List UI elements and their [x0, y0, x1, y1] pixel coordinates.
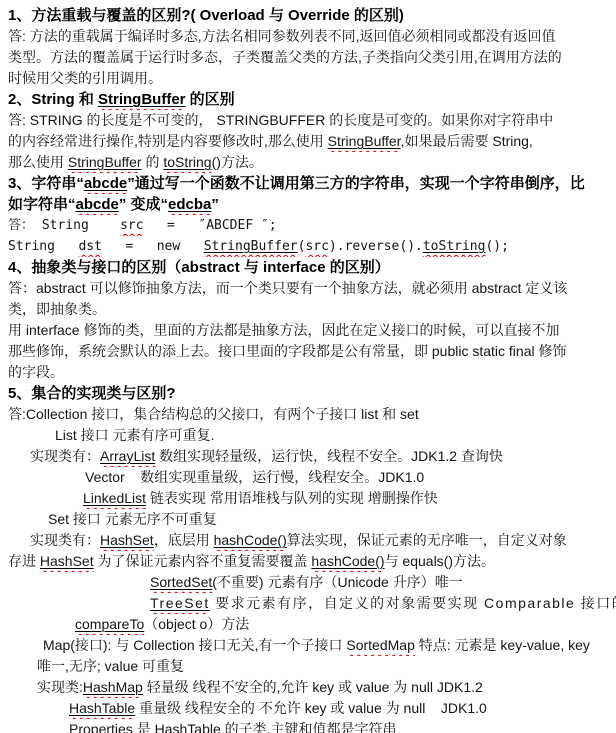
text-line: LinkedList 链表实现 常用语堆栈与队列的实现 增删操作快	[0, 488, 616, 509]
underlined-term: ArrayList	[100, 448, 155, 464]
underlined-term: LinkedList	[83, 490, 146, 506]
underlined-term: HashTable	[69, 700, 135, 716]
text-segment: 要求元素有序，自定义的对象需要实现 Comparable 接口的	[210, 595, 616, 611]
text-segment: 实现类:	[37, 679, 83, 695]
text-segment: ();	[485, 239, 508, 254]
spellcheck-wavy: HashSet	[40, 553, 94, 569]
underlined-term: src	[305, 239, 328, 254]
text-segment: 重量级 线程安全的 不允许 key 或 value 为 null JDK1.0	[135, 700, 487, 716]
spellcheck-wavy: LinkedList	[83, 490, 146, 506]
underlined-term: toString	[163, 154, 211, 170]
underlined-term: StringBuffer	[98, 91, 186, 108]
text-segment: 存进	[8, 553, 40, 569]
underlined-term: compareTo	[75, 616, 144, 632]
text-line: 那么使用 StringBuffer 的 toString()方法。	[0, 152, 616, 173]
text-segment: 答：abstract 可以修饰抽象方法，而一个类只要有一个抽象方法，就必须用 a…	[8, 280, 567, 296]
text-line: 那些修饰，系统会默认的添上去。接口里面的字段都是公有常量，即 public st…	[0, 341, 616, 362]
spellcheck-wavy: StringBuffer	[98, 91, 186, 108]
text-segment: 1、方法重载与覆盖的区别?( Overload 与 Override 的区别)	[8, 7, 404, 24]
text-segment: String	[8, 239, 78, 254]
text-segment: 答： String	[8, 218, 120, 233]
text-segment: 答: 方法的重载属于编译时多态,方法名相同参数列表不同,返回值必须相同或都没有返…	[8, 28, 556, 44]
underlined-term: src	[120, 218, 143, 233]
text-segment: ).reverse().	[329, 239, 423, 254]
text-segment: 答: STRING 的长度是不可变的， STRINGBUFFER 的长度是可变的…	[8, 112, 553, 128]
text-line: Properties 是 HashTable 的子类,主键和值都是字符串	[0, 719, 616, 733]
underlined-term: StringBuffer	[328, 133, 401, 149]
text-segment: 的字段。	[8, 364, 64, 380]
underlined-term: toString	[423, 239, 486, 254]
text-segment: ” 变成“	[119, 196, 168, 213]
text-segment: List 接口 元素有序可重复.	[55, 427, 214, 443]
underlined-term: dst	[78, 239, 101, 254]
spellcheck-wavy: HashTable	[155, 721, 221, 733]
underlined-term: StringBuffer	[68, 154, 142, 170]
text-segment: 链表实现 常用语堆栈与队列的实现 增删操作快	[146, 490, 438, 506]
text-line: 答：abstract 可以修饰抽象方法，而一个类只要有一个抽象方法，就必须用 a…	[0, 278, 616, 299]
underlined-term: hashCode()	[311, 553, 384, 569]
text-line: 答： String src = ″ABCDEF ″;	[0, 215, 616, 236]
text-segment: Set 接口 元素无序不可重复	[48, 511, 217, 527]
spellcheck-wavy: StringBuffer	[328, 133, 401, 149]
text-segment: (不重要) 元素有序（Unicode 升序）唯一	[212, 574, 462, 590]
text-line: 2、String 和 StringBuffer 的区别	[0, 89, 616, 110]
spellcheck-wavy: abcde	[84, 175, 127, 192]
text-segment: 3、字符串“	[8, 175, 84, 192]
text-segment: 数组实现轻量级，运行快，线程不安全。JDK1.2 查询快	[155, 448, 503, 464]
text-line: 实现类:HashMap 轻量级 线程不安全的,允许 key 或 value 为 …	[0, 677, 616, 698]
spellcheck-wavy: HashTable	[69, 700, 135, 716]
text-segment: Vector 数组实现重量级，运行慢，线程安全。JDK1.0	[85, 469, 424, 485]
text-segment: Map(接口): 与 Collection 接口无关,有一个子接口	[43, 637, 346, 653]
text-line: 用 interface 修饰的类，里面的方法都是抽象方法，因此在定义接口的时候，…	[0, 320, 616, 341]
text-segment: 的	[142, 154, 164, 170]
text-line: 3、字符串“abcde”通过写一个函数不让调用第三方的字符串，实现一个字符串倒序…	[0, 173, 616, 194]
document-page: 1、方法重载与覆盖的区别?( Overload 与 Override 的区别)答…	[0, 0, 616, 733]
text-segment: ,如果最后需要 String,	[401, 133, 533, 149]
underlined-term: abcde	[76, 196, 119, 213]
underlined-term: SortedMap	[346, 637, 414, 653]
text-segment: 用 interface 修饰的类，里面的方法都是抽象方法，因此在定义接口的时候，…	[8, 322, 559, 338]
spellcheck-wavy: toString	[163, 154, 211, 170]
text-line: compareTo（object o）方法	[0, 614, 616, 635]
text-segment: 如字符串“	[8, 196, 76, 213]
underlined-term: abcde	[84, 175, 127, 192]
text-line: Set 接口 元素无序不可重复	[0, 509, 616, 530]
spellcheck-wavy: HashMap	[83, 679, 143, 695]
text-line: 如字符串“abcde” 变成“edcba”	[0, 194, 616, 215]
text-segment: 的区别	[186, 91, 235, 108]
text-segment: 2、String 和	[8, 91, 98, 108]
text-segment: ，底层用	[154, 532, 214, 548]
text-segment: 的子类,主键和值都是字符串	[221, 721, 397, 733]
text-line: 4、抽象类与接口的区别（abstract 与 interface 的区别）	[0, 257, 616, 278]
text-segment: 实现类有：	[30, 448, 100, 464]
text-segment: 与 equals()方法。	[385, 553, 495, 569]
text-line: Vector 数组实现重量级，运行慢，线程安全。JDK1.0	[0, 467, 616, 488]
text-line: 5、集合的实现类与区别?	[0, 383, 616, 404]
text-segment: = new	[102, 239, 204, 254]
text-segment: 为了保证元素内容不重复需要覆盖	[94, 553, 312, 569]
text-segment: 特点: 元素是 key-value, key	[415, 637, 590, 653]
text-segment: 那些修饰，系统会默认的添上去。接口里面的字段都是公有常量，即 public st…	[8, 343, 567, 359]
text-line: List 接口 元素有序可重复.	[0, 425, 616, 446]
text-line: Map(接口): 与 Collection 接口无关,有一个子接口 Sorted…	[0, 635, 616, 656]
spellcheck-wavy: abcde	[76, 196, 119, 213]
text-line: 实现类有：ArrayList 数组实现轻量级，运行快，线程不安全。JDK1.2 …	[0, 446, 616, 467]
text-line: TreeSet 要求元素有序，自定义的对象需要实现 Comparable 接口的	[0, 593, 616, 614]
text-segment: 时候用父类的引用调用。	[8, 70, 162, 86]
text-segment: ()方法。	[212, 154, 263, 170]
text-line: 存进 HashSet 为了保证元素内容不重复需要覆盖 hashCode()与 e…	[0, 551, 616, 572]
text-line: HashTable 重量级 线程安全的 不允许 key 或 value 为 nu…	[0, 698, 616, 719]
text-line: 实现类有：HashSet，底层用 hashCode()算法实现，保证元素的无序唯…	[0, 530, 616, 551]
underlined-term: hashCode()	[214, 532, 287, 548]
text-segment: 5、集合的实现类与区别?	[8, 385, 176, 402]
text-line: 时候用父类的引用调用。	[0, 68, 616, 89]
text-line: 答:Collection 接口，集合结构总的父接口，有两个子接口 list 和 …	[0, 404, 616, 425]
underlined-term: edcba	[168, 196, 211, 213]
text-segment: 4、抽象类与接口的区别（abstract 与 interface 的区别）	[8, 259, 390, 276]
spellcheck-wavy: StringBuffer	[68, 154, 142, 170]
text-line: SortedSet(不重要) 元素有序（Unicode 升序）唯一	[0, 572, 616, 593]
text-segment: 实现类有：	[30, 532, 100, 548]
text-line: 唯一,无序; value 可重复	[0, 656, 616, 677]
text-segment: ”通过写一个函数不让调用第三方的字符串，实现一个字符串倒序，比	[127, 175, 585, 192]
spellcheck-wavy: toString	[423, 239, 486, 254]
text-segment: 轻量级 线程不安全的,允许 key 或 value 为 null JDK1.2	[143, 679, 483, 695]
text-line: 1、方法重载与覆盖的区别?( Overload 与 Override 的区别)	[0, 5, 616, 26]
text-line: 答: 方法的重载属于编译时多态,方法名相同参数列表不同,返回值必须相同或都没有返…	[0, 26, 616, 47]
underlined-term: HashTable	[155, 721, 221, 733]
spellcheck-wavy: edcba	[168, 196, 211, 213]
text-segment: 类，即抽象类。	[8, 301, 106, 317]
text-line: 的字段。	[0, 362, 616, 383]
text-segment: 答:Collection 接口，集合结构总的父接口，有两个子接口 list 和 …	[8, 406, 419, 422]
document-body: 1、方法重载与覆盖的区别?( Overload 与 Override 的区别)答…	[0, 5, 616, 733]
spellcheck-wavy: HashSet	[100, 532, 154, 548]
text-segment: 类型。方法的覆盖属于运行时多态，子类覆盖父类的方法,子类指向父类引用,在调用方法…	[8, 49, 562, 65]
underlined-term: HashSet	[40, 553, 94, 569]
spellcheck-wavy: hashCode()	[311, 553, 384, 569]
underlined-term: TreeSet	[150, 595, 210, 611]
spellcheck-wavy: SortedSet	[150, 574, 212, 590]
spellcheck-wavy: hashCode()	[214, 532, 287, 548]
underlined-term: SortedSet	[150, 574, 212, 590]
text-line: String dst = new StringBuffer(src).rever…	[0, 236, 616, 257]
text-segment: Properties 是	[69, 721, 155, 733]
text-segment: 算法实现，保证元素的无序唯一，自定义对象	[287, 532, 567, 548]
text-line: 类，即抽象类。	[0, 299, 616, 320]
spellcheck-wavy: compareTo	[75, 616, 144, 632]
text-segment: 唯一,无序; value 可重复	[37, 658, 184, 674]
spellcheck-wavy: ArrayList	[100, 448, 155, 464]
text-segment: = ″ABCDEF ″;	[144, 218, 277, 233]
underlined-term: HashMap	[83, 679, 143, 695]
text-segment: （object o）方法	[144, 616, 249, 632]
text-segment: ”	[211, 196, 219, 213]
text-segment: 的内容经常进行操作,特别是内容要修改时,那么使用	[8, 133, 328, 149]
text-line: 答: STRING 的长度是不可变的， STRINGBUFFER 的长度是可变的…	[0, 110, 616, 131]
text-line: 的内容经常进行操作,特别是内容要修改时,那么使用 StringBuffer,如果…	[0, 131, 616, 152]
text-line: 类型。方法的覆盖属于运行时多态，子类覆盖父类的方法,子类指向父类引用,在调用方法…	[0, 47, 616, 68]
text-segment: 那么使用	[8, 154, 68, 170]
spellcheck-wavy: TreeSet	[150, 595, 210, 611]
spellcheck-wavy: StringBuffer	[204, 239, 298, 254]
underlined-term: HashSet	[100, 532, 154, 548]
underlined-term: StringBuffer	[204, 239, 298, 254]
